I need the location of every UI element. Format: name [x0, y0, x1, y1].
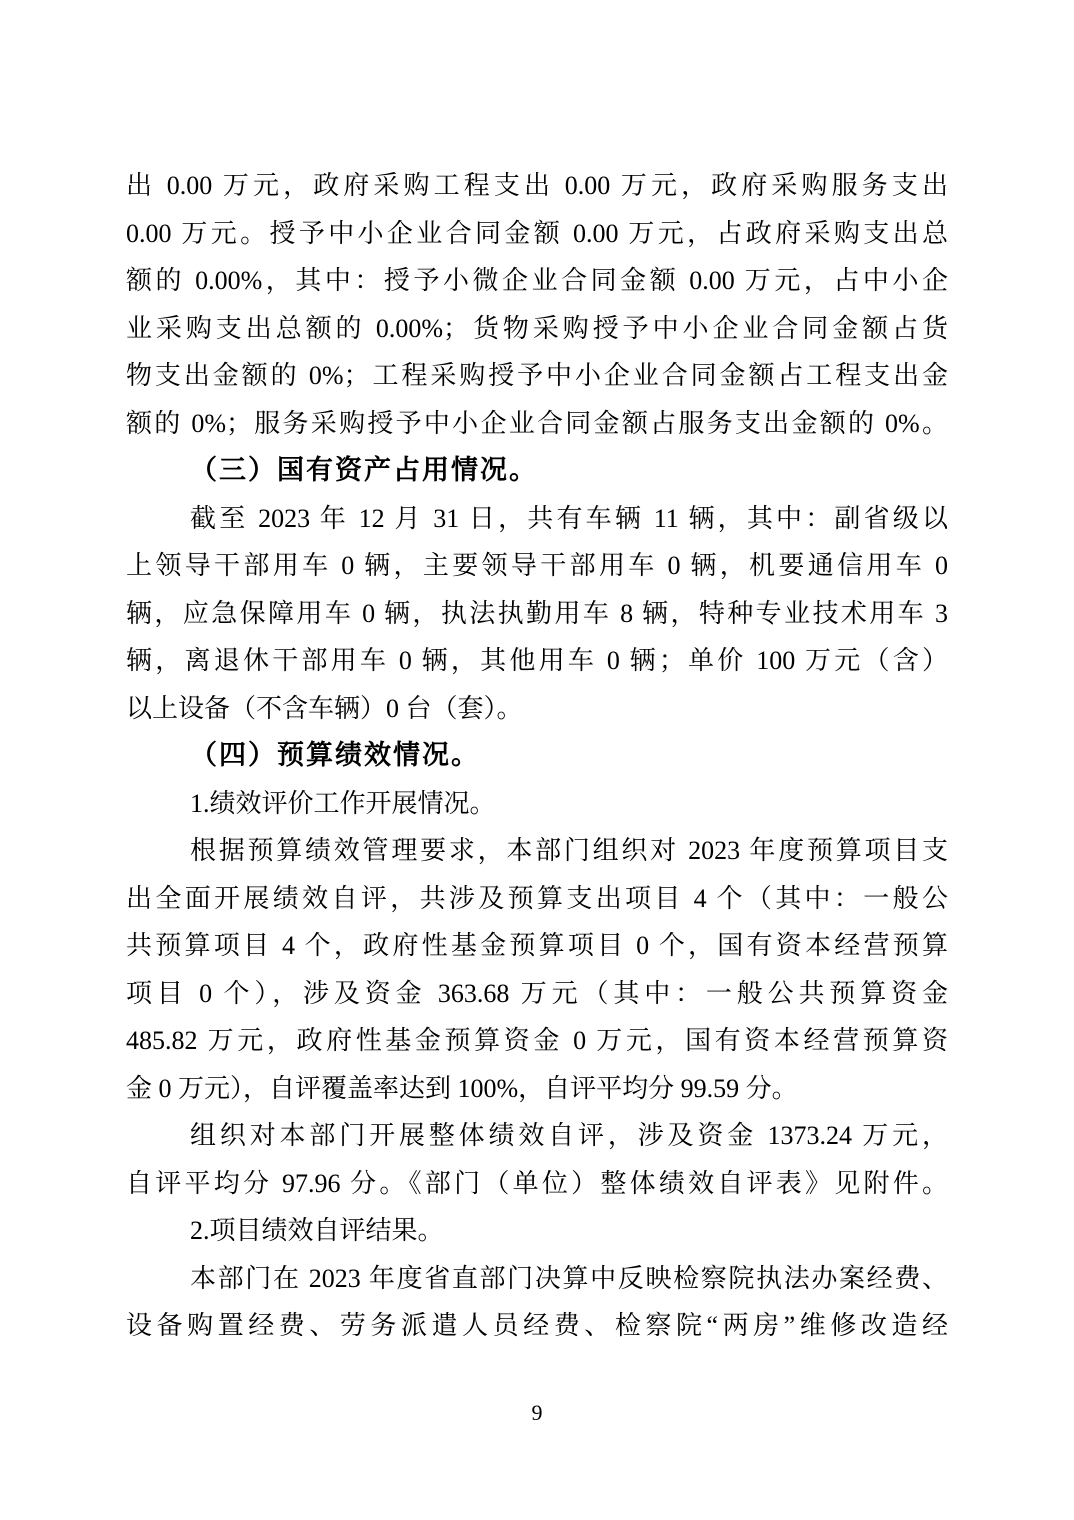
text-line: 物支出金额的 0%；工程采购授予中小企业合同金额占工程支出金: [126, 352, 948, 400]
text-line: 上领导干部用车 0 辆，主要领导干部用车 0 辆，机要通信用车 0: [126, 542, 948, 590]
text-line: 自评平均分 97.96 分。《部门（单位）整体绩效自评表》见附件。: [126, 1160, 948, 1208]
text-line: 辆，应急保障用车 0 辆，执法执勤用车 8 辆，特种专业技术用车 3: [126, 590, 948, 638]
text-line: 2.项目绩效自评结果。: [126, 1207, 948, 1255]
page-number: 9: [0, 1398, 1074, 1428]
document-page: 出 0.00 万元，政府采购工程支出 0.00 万元，政府采购服务支出0.00 …: [0, 0, 1074, 1520]
text-line: 本部门在 2023 年度省直部门决算中反映检察院执法办案经费、: [126, 1255, 948, 1303]
text-line: 业采购支出总额的 0.00%；货物采购授予中小企业合同金额占货: [126, 305, 948, 353]
text-line: 以上设备（不含车辆）0 台（套）。: [126, 685, 948, 733]
text-line: 额的 0%；服务采购授予中小企业合同金额占服务支出金额的 0%。: [126, 400, 948, 448]
text-line: 额的 0.00%，其中：授予小微企业合同金额 0.00 万元，占中小企: [126, 257, 948, 305]
text-line: 组织对本部门开展整体绩效自评，涉及资金 1373.24 万元，: [126, 1112, 948, 1160]
text-line: 金 0 万元），自评覆盖率达到 100%，自评平均分 99.59 分。: [126, 1065, 948, 1113]
document-body: 出 0.00 万元，政府采购工程支出 0.00 万元，政府采购服务支出0.00 …: [126, 162, 948, 1350]
text-line: 项目 0 个），涉及资金 363.68 万元（其中：一般公共预算资金: [126, 970, 948, 1018]
text-line: 0.00 万元。授予中小企业合同金额 0.00 万元，占政府采购支出总: [126, 210, 948, 258]
section-heading: （四）预算绩效情况。: [126, 732, 948, 780]
section-heading: （三）国有资产占用情况。: [126, 447, 948, 495]
text-line: 设备购置经费、劳务派遣人员经费、检察院“两房”维修改造经: [126, 1302, 948, 1350]
text-line: 出 0.00 万元，政府采购工程支出 0.00 万元，政府采购服务支出: [126, 162, 948, 210]
text-line: 根据预算绩效管理要求，本部门组织对 2023 年度预算项目支: [126, 827, 948, 875]
text-line: 辆，离退休干部用车 0 辆，其他用车 0 辆；单价 100 万元（含）: [126, 637, 948, 685]
text-line: 截至 2023 年 12 月 31 日，共有车辆 11 辆，其中：副省级以: [126, 495, 948, 543]
text-line: 1.绩效评价工作开展情况。: [126, 780, 948, 828]
text-line: 出全面开展绩效自评，共涉及预算支出项目 4 个（其中：一般公: [126, 875, 948, 923]
text-line: 共预算项目 4 个，政府性基金预算项目 0 个，国有资本经营预算: [126, 922, 948, 970]
text-line: 485.82 万元，政府性基金预算资金 0 万元，国有资本经营预算资: [126, 1017, 948, 1065]
